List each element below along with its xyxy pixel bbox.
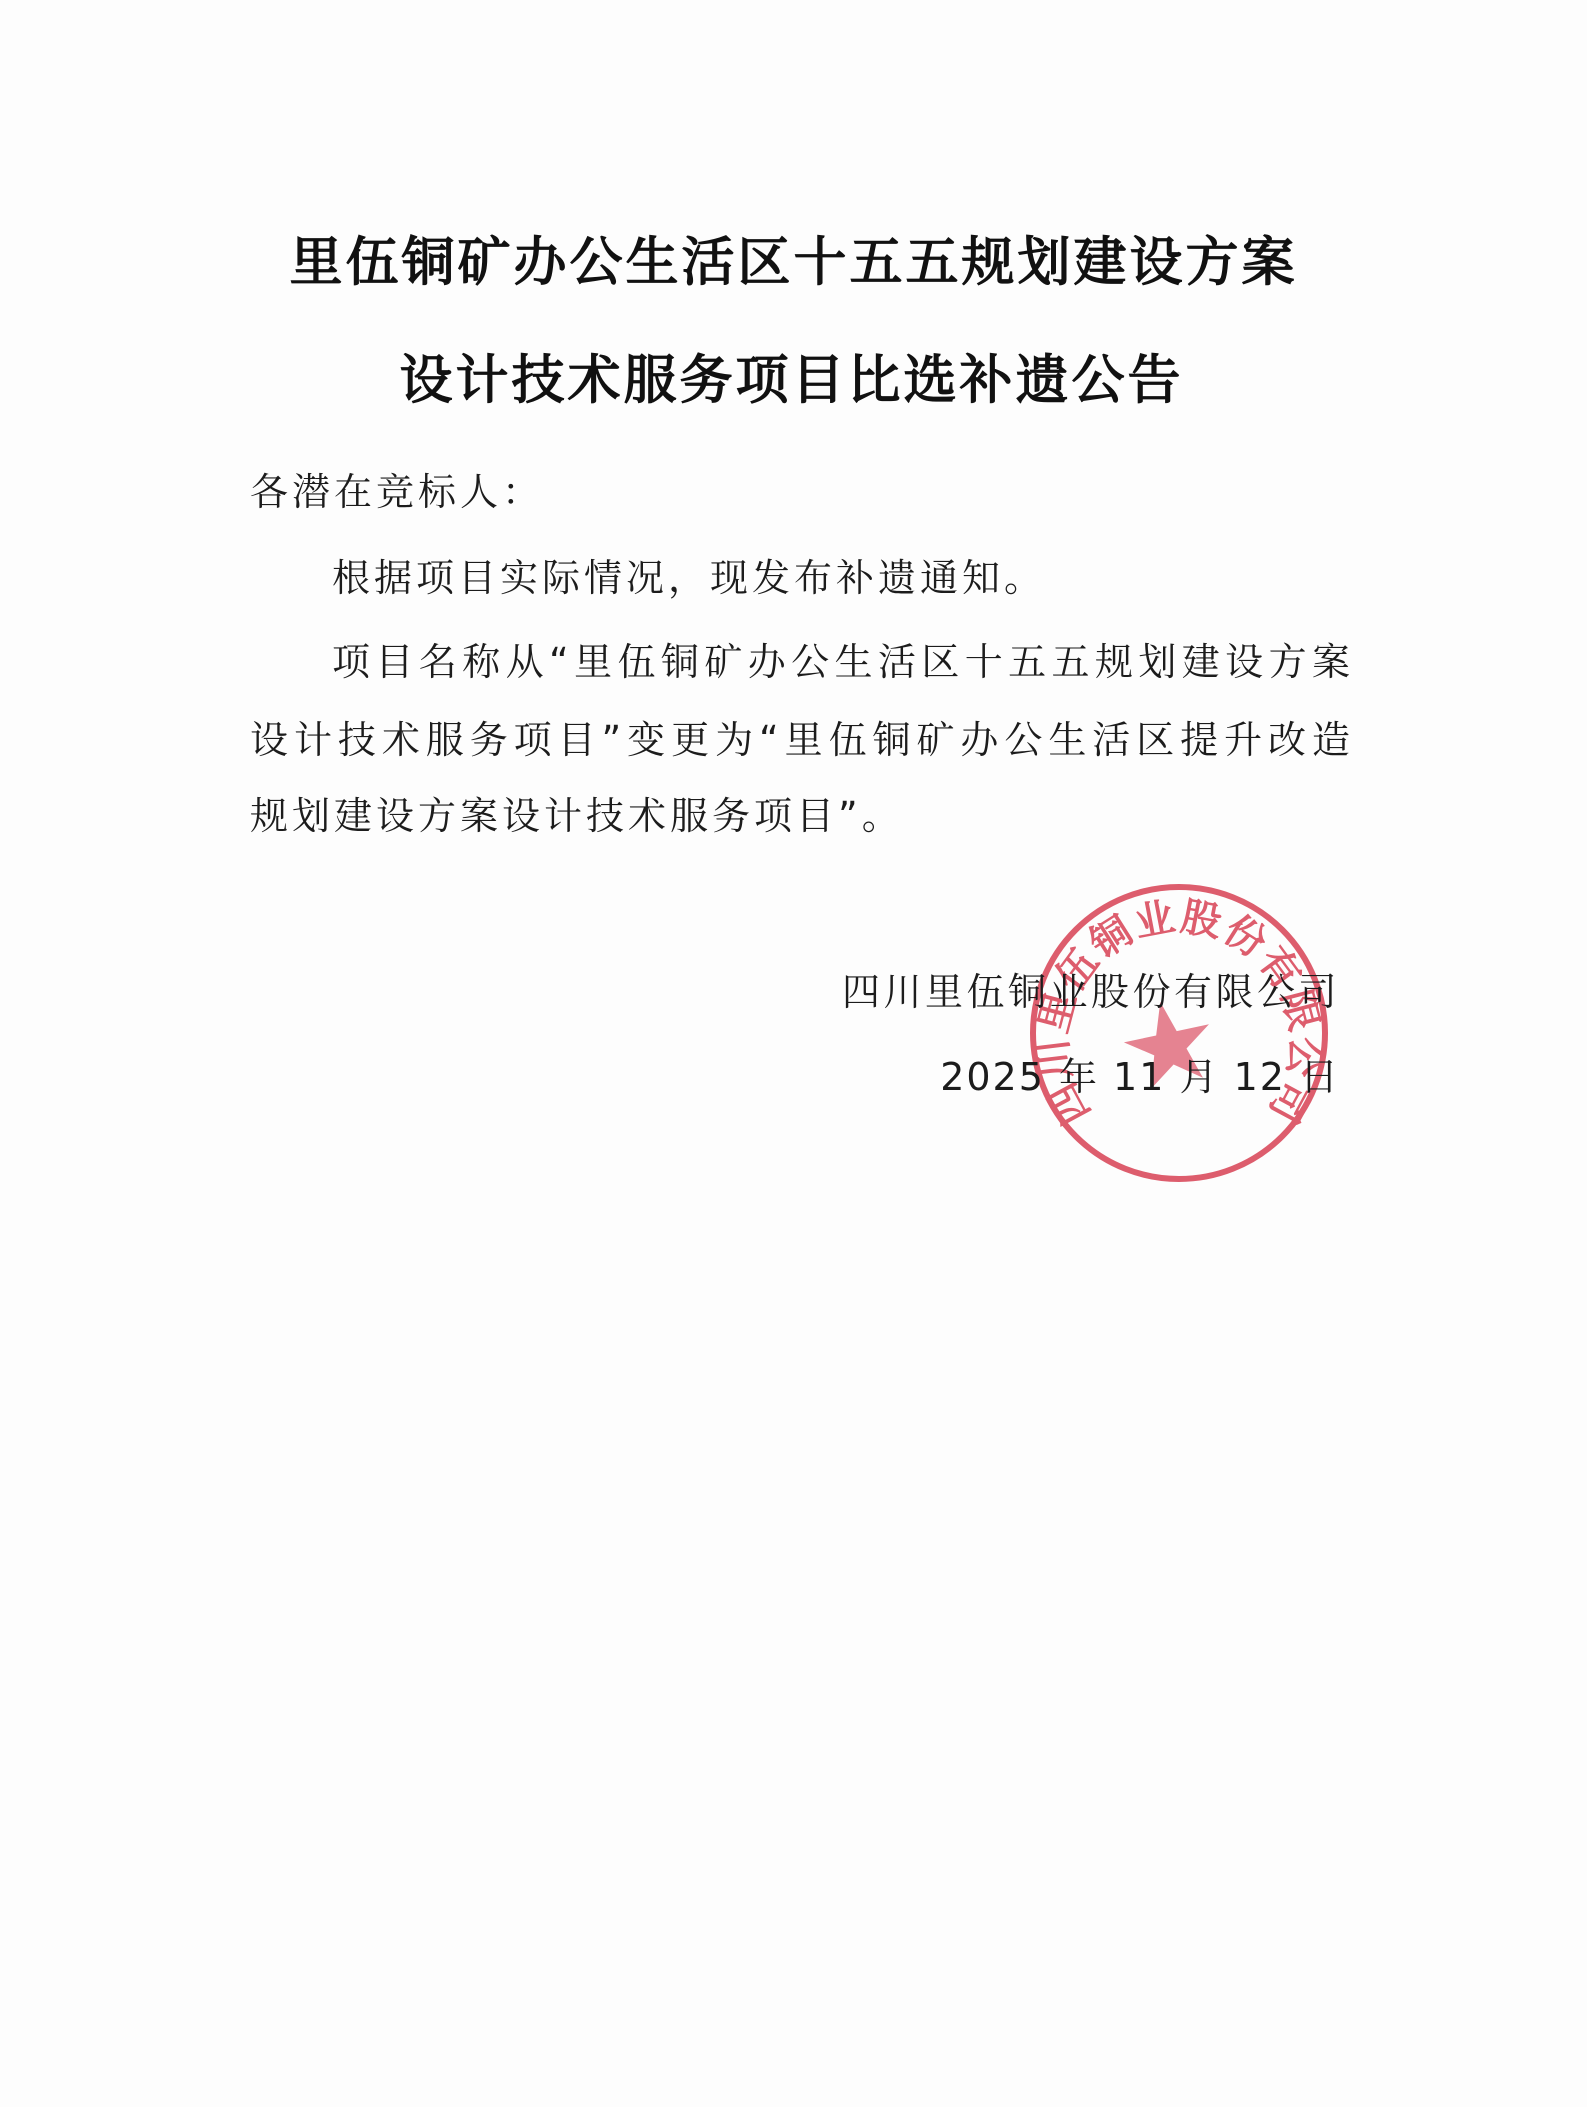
signature-date: 2025 年 11 月 12 日 (940, 1055, 1340, 1099)
paragraph-name-change-line-3: 规划建设方案设计技术服务项目”。 (250, 794, 904, 838)
salutation: 各潜在竞标人： (250, 470, 544, 514)
paragraph-name-change-line-2: 设计技术服务项目”变更为“里伍铜矿办公生活区提升改造 (250, 718, 1350, 762)
paragraph-notice: 根据项目实际情况，现发布补遗通知。 (332, 556, 1046, 600)
document-title-line-2: 设计技术服务项目比选补遗公告 (0, 350, 1585, 410)
paragraph-name-change-line-1: 项目名称从“里伍铜矿办公生活区十五五规划建设方案 (332, 640, 1350, 684)
company-seal-stamp: 四川里伍铜业股份有限公司 (1024, 878, 1334, 1188)
signature-company: 四川里伍铜业股份有限公司 (842, 970, 1340, 1014)
document-title-line-1: 里伍铜矿办公生活区十五五规划建设方案 (0, 232, 1587, 292)
document-page: 里伍铜矿办公生活区十五五规划建设方案 设计技术服务项目比选补遗公告 各潜在竞标人… (0, 0, 1587, 2107)
